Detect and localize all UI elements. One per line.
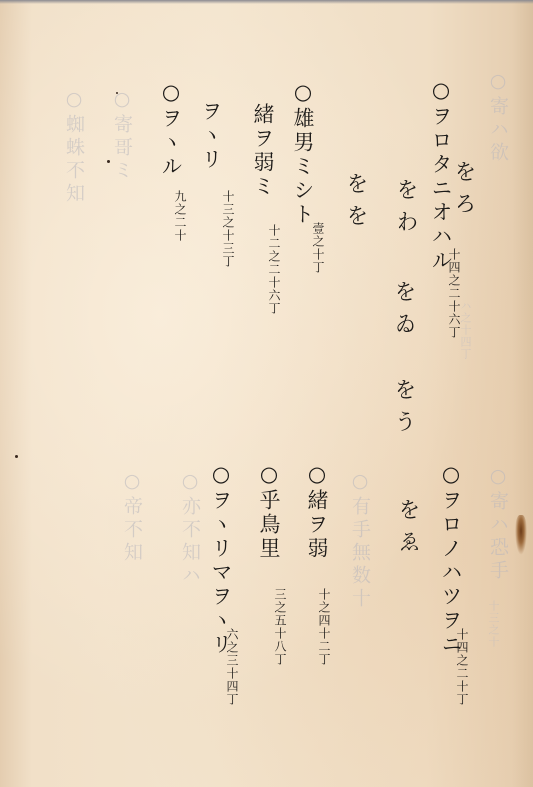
entry-ref: 九之二十 [174, 190, 186, 242]
entry-ref: 三之五十八丁 [274, 588, 286, 666]
entry-text: 緒ヲ弱 [305, 489, 329, 561]
kana-variant: をわ [394, 178, 416, 242]
kana-variant: をを [344, 172, 366, 236]
entry-mark: ○ [159, 80, 183, 107]
entry-mark: ○ [257, 462, 281, 489]
ink-speck [107, 160, 110, 163]
entry-ref: 十四之二十六丁 [448, 248, 460, 339]
entry-text: ヲヽル [159, 107, 183, 179]
bleed-through-ref: ハ之十四丁 [460, 300, 471, 360]
entry-mark: ○ [291, 80, 315, 107]
entry-ref: 十之四十二丁 [318, 588, 330, 666]
entry-text: 雄男ミシト [291, 107, 315, 227]
entry-mark: ○ [305, 462, 329, 489]
entry-mark-text: ○ヲロタニオハル [430, 78, 451, 273]
entry-ref: 十四之二十丁 [456, 628, 468, 706]
bleed-through-text: ○有手無数十 [350, 470, 369, 611]
bleed-through-text: ○寄ハ恐手 [488, 465, 507, 583]
paper-stain [515, 515, 527, 555]
entry-mark: ○ [439, 462, 463, 489]
entry-ref: 十三之十三丁 [222, 190, 234, 268]
entry-mark-text: ○雄男ミシト [292, 80, 313, 227]
heading-kana: をゑ [396, 498, 418, 562]
entry-text: 緒ヲ弱ミ [252, 103, 273, 199]
entry-ref: 六之三十四丁 [226, 628, 238, 706]
entry-mark: ○ [429, 78, 453, 105]
bleed-through-text: ○寄哥ミ [112, 88, 131, 183]
entry-ref: 十二之二十六丁 [268, 224, 280, 315]
bleed-through-text: ○亦不知ハ [180, 470, 199, 588]
entry-mark-text: ○ヲヽル [160, 80, 181, 179]
kana-variant: をゐ [392, 280, 414, 344]
entry-text: ヲヽリ [200, 100, 221, 172]
manuscript-page: ○寄哥ミ ○蜘蛛不知 ○寄ハ欲 ハ之十四丁 ○寄ハ恐手 十三之十 ○有手無数十 … [0, 0, 533, 787]
ink-speck [116, 92, 118, 94]
heading-kana: をろ [452, 160, 474, 224]
entry-mark-text: ○乎鳥里 [258, 462, 279, 561]
entry-mark-text: ○緒ヲ弱 [306, 462, 327, 561]
bleed-through-text: ○寄ハ欲 [488, 70, 507, 165]
entry-mark: ○ [209, 462, 233, 489]
entry-text: 乎鳥里 [257, 489, 281, 561]
bleed-through-ref: 十三之十 [488, 600, 499, 648]
entry-ref: 壹之十丁 [312, 222, 324, 274]
scan-edge-shadow [0, 0, 533, 4]
kana-variant: をう [392, 378, 414, 442]
bleed-through-text: ○蜘蛛不知 [64, 88, 83, 206]
ink-speck [15, 455, 18, 458]
bleed-through-text: ○帝不知 [122, 470, 141, 565]
